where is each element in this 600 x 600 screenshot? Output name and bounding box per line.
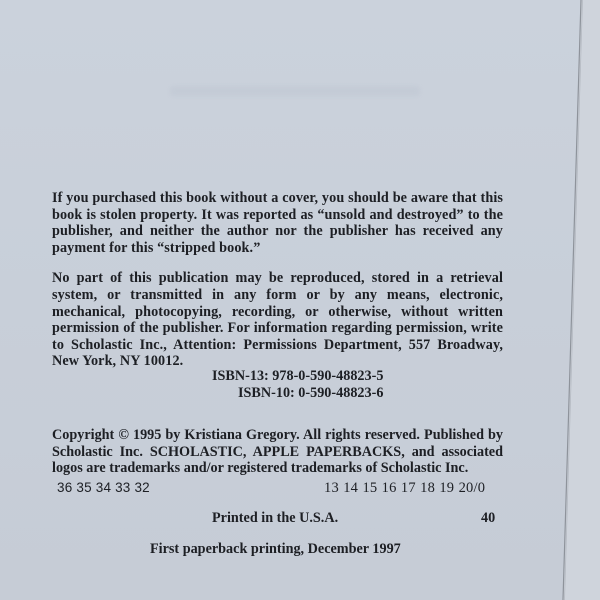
first-printing-date: First paperback printing, December 1997 <box>150 541 401 558</box>
book-page: If you purchased this book without a cov… <box>0 0 600 600</box>
isbn-10: ISBN-10: 0-590-48823-6 <box>212 385 383 402</box>
isbn-block: ISBN-13: 978-0-590-48823-5 ISBN-10: 0-59… <box>212 368 383 401</box>
copyright-notice: Copyright © 1995 by Kristiana Gregory. A… <box>52 427 503 477</box>
isbn-13: ISBN-13: 978-0-590-48823-5 <box>212 368 383 385</box>
stripped-book-notice: If you purchased this book without a cov… <box>52 190 503 256</box>
rights-notice: No part of this publication may be repro… <box>52 270 503 370</box>
printed-in-usa: Printed in the U.S.A. <box>212 510 338 527</box>
printing-numbers-right: 13 14 15 16 17 18 19 20/0 <box>324 480 485 497</box>
notices-block: If you purchased this book without a cov… <box>52 190 503 370</box>
printer-code: 40 <box>481 510 495 527</box>
printing-numbers-left: 36 35 34 33 32 <box>57 480 150 495</box>
bleed-through-heading <box>170 86 420 96</box>
